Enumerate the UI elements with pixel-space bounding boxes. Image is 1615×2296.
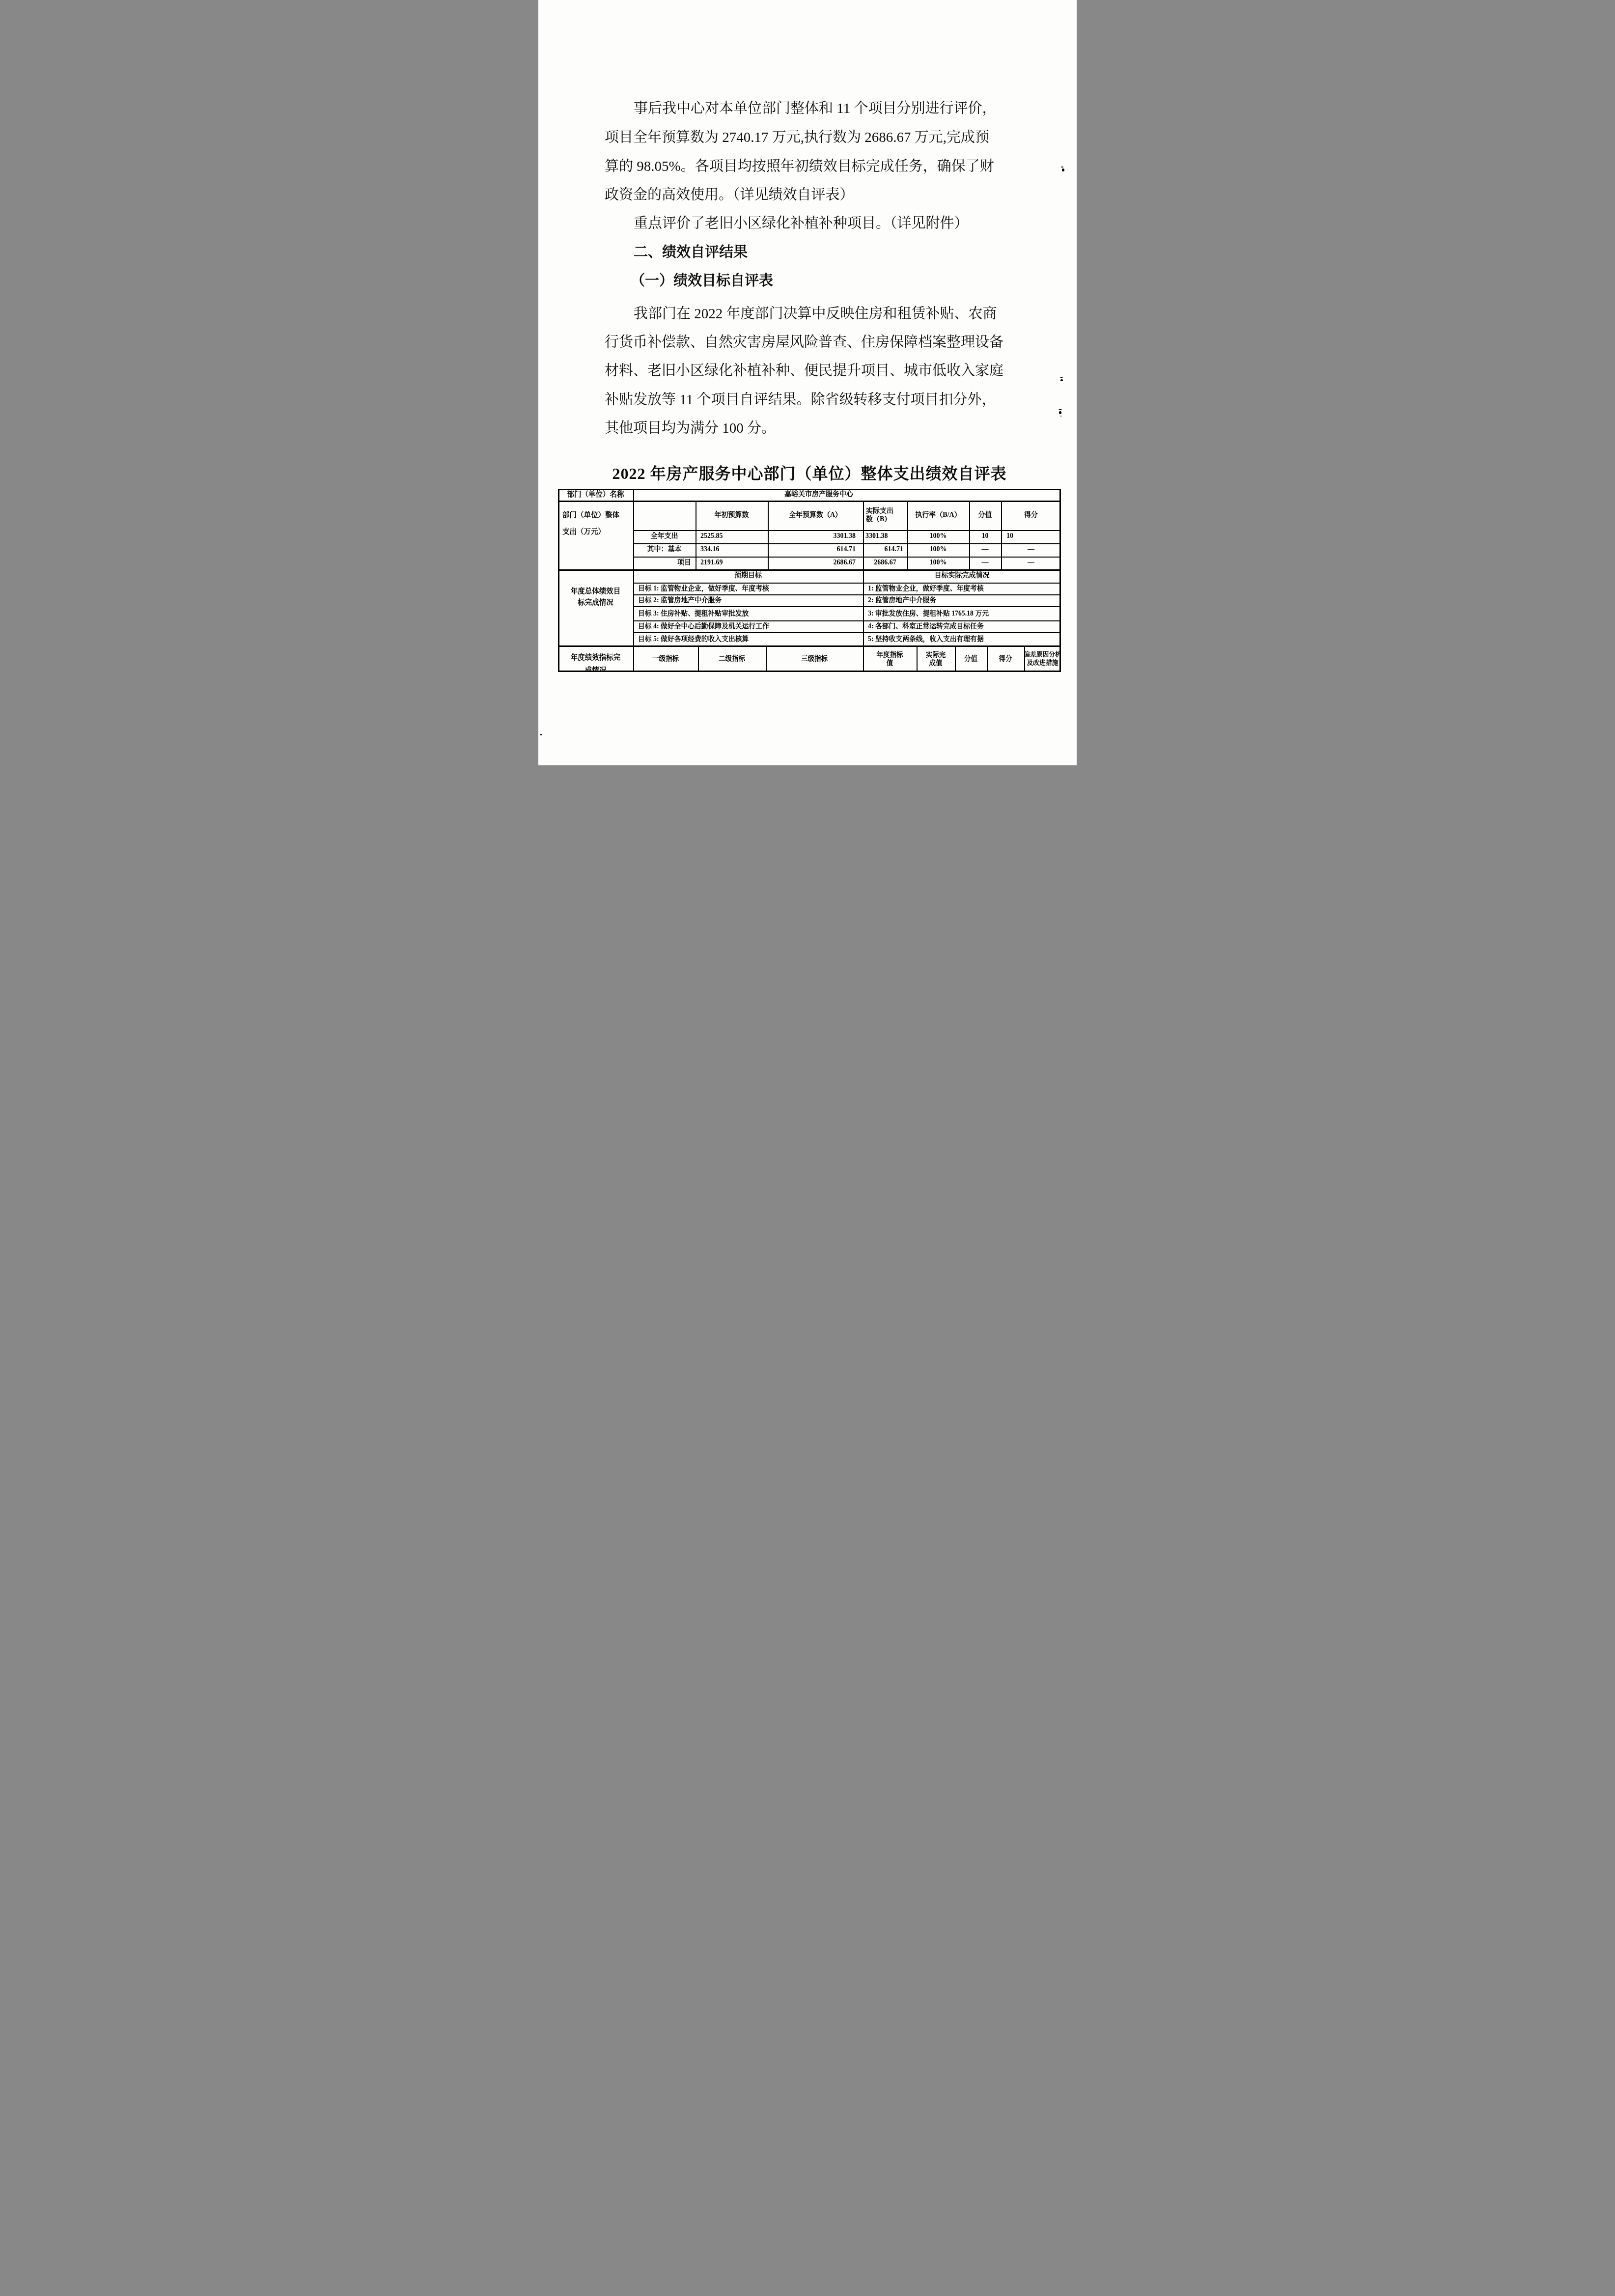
ink-speck [1059,411,1061,414]
actual-goal: 2: 监管房地产中介服务 [863,594,1061,606]
actual-goal-header: 目标实际完成情况 [863,569,1061,583]
col-header-score-value: 分值 [969,501,1001,530]
indicator-actual-value-header: 实际完 成值 [917,645,955,672]
col-divider [1024,645,1025,672]
section-heading: 二、绩效自评结果 [634,244,1041,261]
overall-expenditure-label: 部门（单位）整体 支出（万元） [558,501,633,569]
row-divider [633,543,1061,544]
col-divider [987,645,988,672]
annual-goal-section-label: 年度总体绩效目 标完成情况 [558,569,633,645]
fin-value: 3301.38 [768,530,863,543]
col-divider [766,645,767,672]
indicator-score-value-header: 分值 [955,645,987,672]
ink-speck [1058,409,1062,410]
col-header-annual-budget: 全年预算数（A） [768,501,863,530]
fin-value: 614.71 [863,543,907,557]
col-divider [907,501,908,569]
table-title: 2022 年房产服务中心部门（单位）整体支出绩效自评表 [558,461,1061,484]
indicator-deviation-header: 偏差原因分析 及改进措施 [1024,645,1061,672]
actual-goal: 5: 坚持收支两条线，收入支出有理有据 [863,632,1061,645]
para1-line3: 算的 98.05%。各项目均按照年初绩效目标完成任务，确保了财 [605,158,1012,175]
actual-goal: 3: 审批发放住房、提租补贴 1765.18 万元 [863,606,1061,620]
expected-goal: 目标 3: 住房补贴、提租补贴审批发放 [633,606,863,620]
fin-value: 3301.38 [863,530,907,543]
indicator-section-label: 年度绩效指标完 成情况 [558,645,633,672]
expected-goal: 目标 1: 监管物业企业，做好季度、年度考核 [633,583,863,594]
col-divider [768,501,769,569]
fin-value: 100% [907,530,969,543]
col-divider [955,645,956,672]
expected-goal-header: 预期目标 [633,569,863,583]
fin-value: 614.71 [768,543,863,557]
ink-speck [1060,416,1061,417]
indicator-level2-header: 二级指标 [698,645,766,672]
table-border [1059,489,1061,672]
col-header-exec-rate: 执行率（B/A） [907,501,969,530]
fin-value: 100% [907,557,969,569]
indicator-annual-value-header: 年度指标 值 [863,645,917,672]
fin-value: 100% [907,543,969,557]
fin-value: 10 [969,530,1001,543]
ink-speck [1061,167,1063,168]
actual-goal: 1: 监管物业企业，做好季度、年度考核 [863,583,1061,594]
self-eval-table: 部门（单位）名称 嘉峪关市房产服务中心 部门（单位）整体 支出（万元） 年初预算… [558,489,1061,672]
col-divider [917,645,918,672]
fin-value: 2525.85 [696,530,768,543]
indicator-level3-header: 三级指标 [766,645,863,672]
fin-row-label: 全年支出 [633,530,696,543]
expected-goal: 目标 4: 做好全中心后勤保障及机关运行工作 [633,620,863,632]
fin-value: — [1001,543,1061,557]
ink-speck [1060,377,1063,378]
ink-speck [1060,379,1063,381]
fin-row-label: 其中：基本 [633,543,696,557]
row-divider [633,620,1061,621]
para1-line1: 事后我中心对本单位部门整体和 11 个项目分别进行评价， [634,100,1041,117]
para3-line4: 补贴发放等 11 个项目自评结果。除省级转移支付项目扣分外， [605,392,1012,409]
fin-value: 2686.67 [768,557,863,569]
col-divider [696,501,696,569]
col-header-score: 得分 [1001,501,1061,530]
col-divider [698,645,699,672]
row-divider [633,632,1061,633]
para3-line2: 行货币补偿款、自然灾害房屋风险普查、住房保障档案整理设备 [605,334,1012,351]
row-divider [633,583,1061,584]
col-divider [863,501,864,672]
fin-value: — [969,543,1001,557]
row-divider [633,530,1061,531]
dept-name-label: 部门（单位）名称 [558,489,633,501]
para1-line4: 政资金的高效使用。（详见绩效自评表） [605,187,1012,204]
fin-row-label: 项目 [633,557,696,569]
ink-speck [540,734,542,735]
para3-line5: 其他项目均为满分 100 分。 [605,420,1012,437]
fin-value: 10 [1001,530,1061,543]
expected-goal: 目标 5: 做好各项经费的收入支出核算 [633,632,863,645]
row-divider [633,557,1061,558]
ink-speck [1062,168,1064,171]
fin-value: 2191.69 [696,557,768,569]
fin-value: 2686.67 [863,557,907,569]
col-divider [633,489,634,672]
expected-goal: 目标 2: 监管房地产中介服务 [633,594,863,606]
dept-name-value: 嘉峪关市房产服务中心 [633,489,1061,501]
para1-line2: 项目全年预算数为 2740.17 万元,执行数为 2686.67 万元,完成预 [605,129,1012,146]
row-divider [633,594,1061,595]
document-page: 事后我中心对本单位部门整体和 11 个项目分别进行评价， 项目全年预算数为 27… [538,0,1077,765]
para3-line3: 材料、老旧小区绿化补植补种、便民提升项目、城市低收入家庭 [605,363,1012,380]
col-divider [1001,501,1002,569]
row-divider [633,606,1061,607]
fin-value: — [969,557,1001,569]
indicator-level1-header: 一级指标 [633,645,698,672]
col-divider [969,501,970,569]
fin-value: — [1001,557,1061,569]
col-header-initial-budget: 年初预算数 [696,501,768,530]
indicator-score-header: 得分 [987,645,1024,672]
table-border [558,489,559,672]
fin-value: 334.16 [696,543,768,557]
para3-line1: 我部门在 2022 年度部门决算中反映住房和租赁补贴、农商 [634,306,1041,323]
actual-goal: 4: 各部门、科室正常运转完成目标任务 [863,620,1061,632]
subsection-heading: （一）绩效目标自评表 [631,273,1038,290]
col-header-actual-expenditure: 实际支出 数（B） [863,501,907,530]
para2: 重点评价了老旧小区绿化补植补种项目。（详见附件） [634,215,1041,232]
